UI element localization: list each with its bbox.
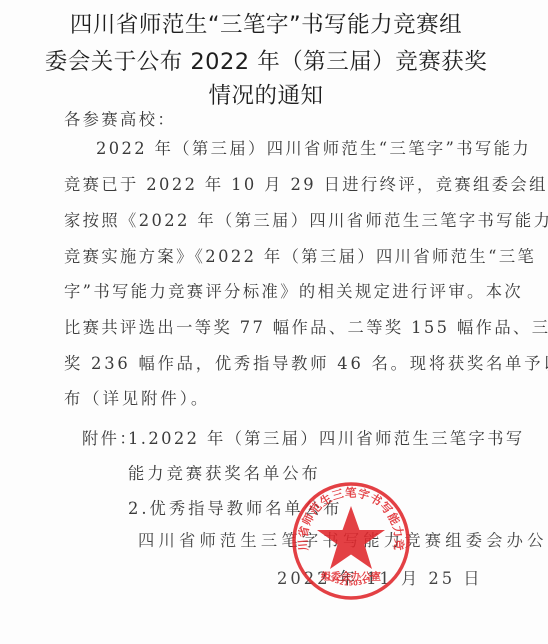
signature: 四川省师范生三笔字书写能力竞赛组委会办公室 [138,530,548,552]
body-line: 家按照《2022 年（第三届）四川省师范生三笔字书写能力 [64,210,548,232]
attachment-item-2: 2.优秀指导教师名单公布 [128,498,342,520]
body-line: 2022 年（第三届）四川省师范生“三笔字”书写能力 [96,138,531,160]
body-line: 竞赛已于 2022 年 10 月 29 日进行终评，竞赛组委会组织专 [64,174,548,196]
notice-document: 四川省师范生“三笔字”书写能力竞赛组 委会关于公布 2022 年（第三届）竞赛获… [0,0,548,644]
body-line: 字”书写能力竞赛评分标准》的相关规定进行评审。本次 [64,281,523,303]
body-line: 布（详见附件）。 [64,388,210,410]
title-line-2: 委会关于公布 2022 年（第三届）竞赛获奖 [0,48,540,76]
salutation: 各参赛高校： [64,109,176,131]
body-line: 竞赛实施方案》《2022 年（第三届）四川省师范生“三笔 [64,246,536,268]
body-line: 奖 236 幅作品，优秀指导教师 46 名。现将获奖名单予以公 [64,353,548,375]
title-line-3: 情况的通知 [0,82,540,110]
date: 2022 年 11 月 25 日 [277,568,483,590]
title-line-1: 四川省师范生“三笔字”书写能力竞赛组 [0,11,540,39]
attachment-item-1: 1.2022 年（第三届）四川省师范生三笔字书写 [128,428,525,450]
body-line: 比赛共评选出一等奖 77 幅作品、二等奖 155 幅作品、三等 [64,317,548,339]
attachment-item-1-cont: 能力竞赛获奖名单公布 [128,463,321,485]
